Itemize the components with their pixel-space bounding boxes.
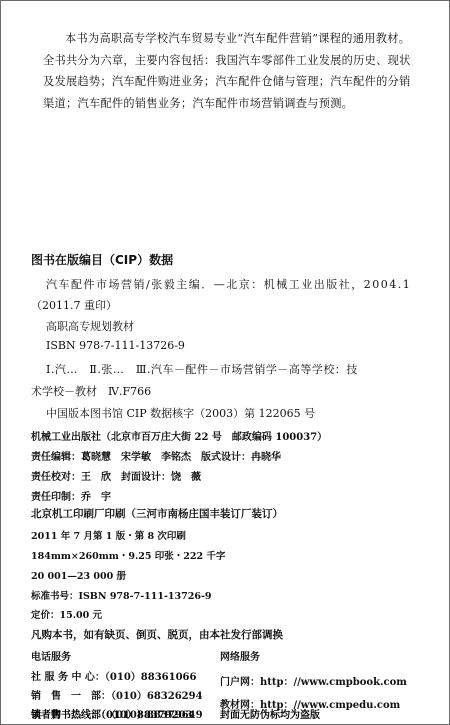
return-notice: 凡购本书，如有缺页、倒页、脱页，由本社发行部调换 xyxy=(31,627,283,642)
book-summary: 本书为高职高专学校汽车贸易专业“汽车配件营销”课程的通用教材。全书共分为六章，主… xyxy=(43,28,411,114)
editors: 责任编辑：葛晓慧 宋学敏 李铭杰 版式设计：冉晓华 xyxy=(31,448,281,463)
price: 定价：15.00 元 xyxy=(31,607,102,621)
cip-title: 图书在版编目（CIP）数据 xyxy=(31,251,173,268)
phone-service-center: 社 服 务 中 心：（010）88361066 xyxy=(31,668,196,683)
cip-check-number: 中国版本图书馆 CIP 数据核字（2003）第 122065 号 xyxy=(46,405,315,421)
summary-text: 本书为高职高专学校汽车贸易专业“汽车配件营销”课程的通用教材。全书共分为六章，主… xyxy=(43,28,411,114)
printing-manager: 责任印制：乔 宇 xyxy=(31,488,111,503)
cip-line-1: 汽车配件市场营销/张毅主编．—北京：机械工业出版社，2004.1 xyxy=(46,276,411,292)
web-service-title: 网络服务 xyxy=(220,648,260,663)
cip-line-2: （2011.7 重印） xyxy=(31,297,117,313)
cip-series: 高职高专规划教材 xyxy=(46,318,134,334)
phone-reader-hotline: 读者购书热线：（010）88379203 xyxy=(31,706,193,721)
print-run: 20 001—23 000 册 xyxy=(31,568,126,582)
edition: 2011 年 7 月第 1 版・第 8 次印刷 xyxy=(31,528,186,542)
copyright-page: 本书为高职高专学校汽车贸易专业“汽车配件营销”课程的通用教材。全书共分为六章，主… xyxy=(0,0,450,725)
cip-classification-1: Ⅰ.汽… Ⅱ.张… Ⅲ.汽车－配件－市场营销学－高等学校：技 xyxy=(46,361,358,377)
anti-piracy-notice: 封面无防伪标均为盗版 xyxy=(220,706,320,721)
format: 184mm×260mm・9.25 印张・222 千字 xyxy=(31,548,225,562)
cip-classification-2: 术学校－教材 Ⅳ.F766 xyxy=(31,383,151,399)
proofreading: 责任校对：王 欣 封面设计：饶 薇 xyxy=(31,468,201,483)
web-portal-link[interactable]: 门户网：http：//www.cmpbook.com xyxy=(220,673,407,688)
phone-sales-1: 销 售 一 部：（010）68326294 xyxy=(31,687,203,702)
printer: 北京机工印刷厂印刷（三河市南杨庄国丰装订厂装订） xyxy=(31,506,283,521)
standard-isbn: 标准书号：ISBN 978-7-111-13726-9 xyxy=(31,588,212,602)
cip-isbn: ISBN 978-7-111-13726-9 xyxy=(46,339,185,352)
phone-service-title: 电话服务 xyxy=(31,648,71,663)
publisher-name: 机械工业出版社（北京市百万庄大街 22 号 邮政编码 100037） xyxy=(31,428,327,443)
